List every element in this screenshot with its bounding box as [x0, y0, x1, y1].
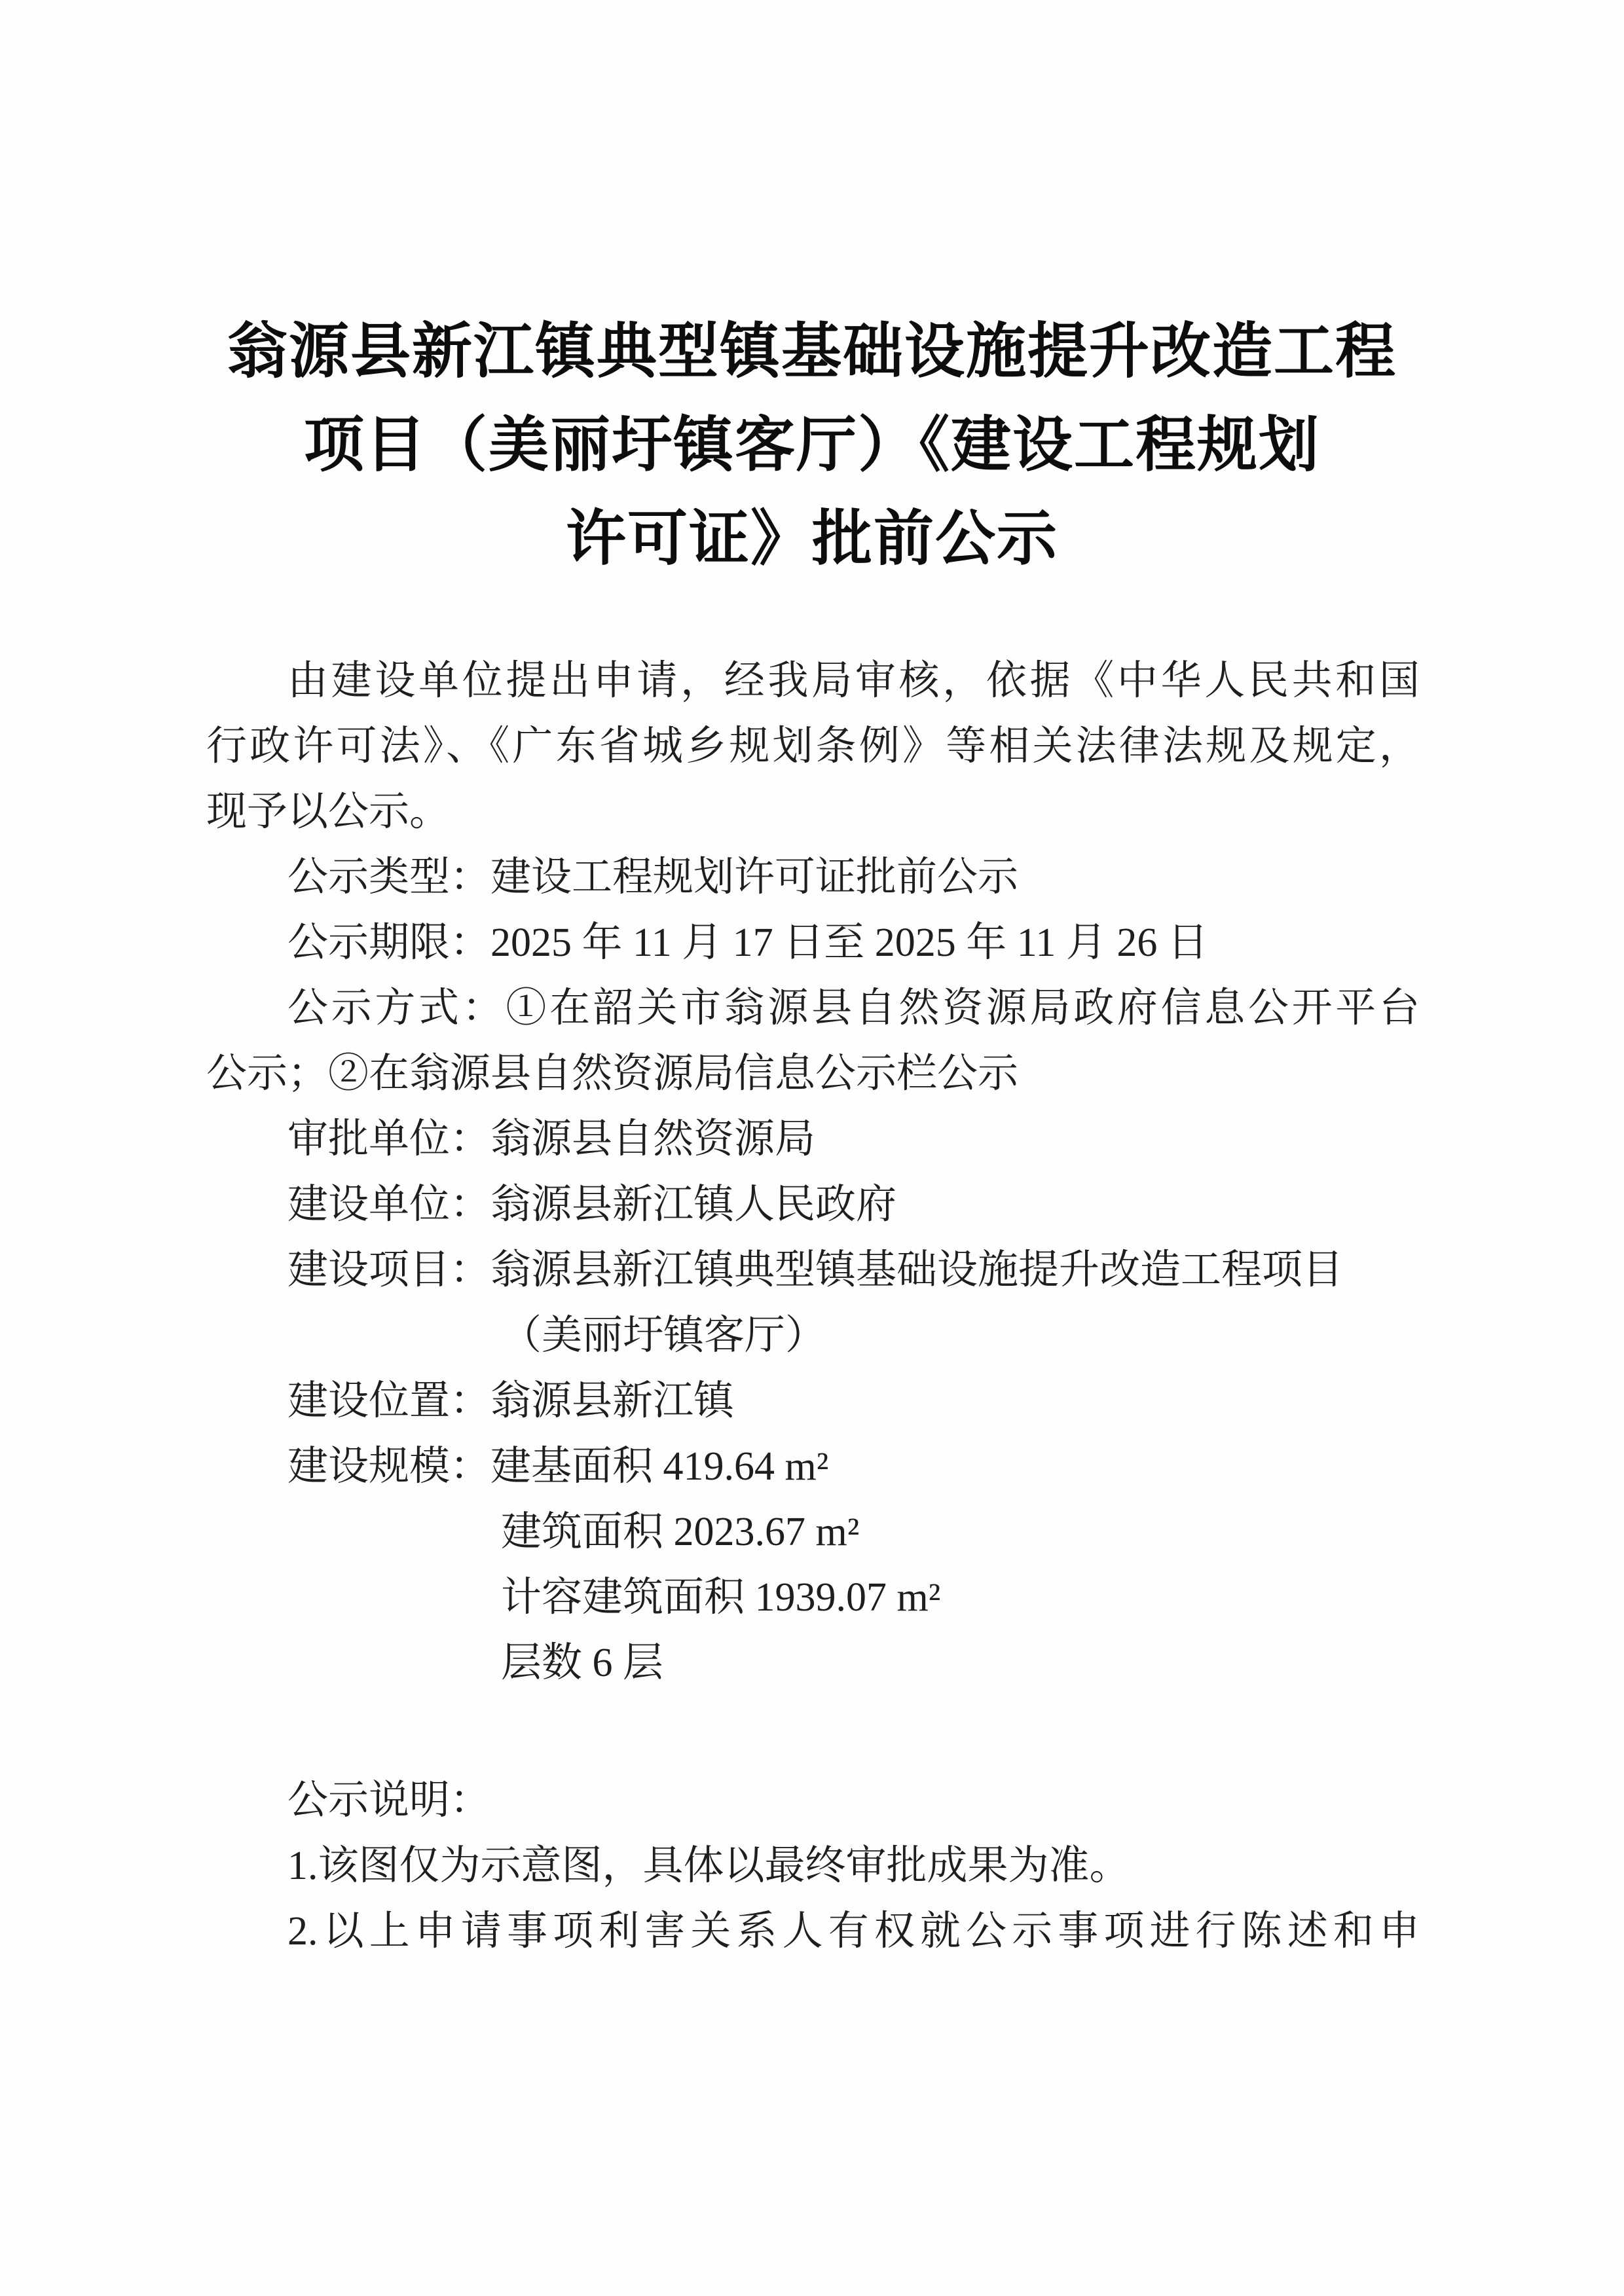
notes-item-1: 1.该图仅为示意图，具体以最终审批成果为准。: [206, 1833, 1420, 1899]
field-construction-project-line-1: 建设项目：翁源县新江镇典型镇基础设施提升改造工程项目: [206, 1237, 1420, 1303]
field-label-notice-type: 公示类型：: [287, 855, 490, 900]
notes-heading: 公示说明：: [206, 1768, 1420, 1833]
field-approval-authority: 审批单位：翁源县自然资源局: [206, 1106, 1420, 1172]
field-construction-unit: 建设单位：翁源县新江镇人民政府: [206, 1172, 1420, 1237]
field-value-notice-type: 建设工程规划许可证批前公示: [490, 855, 1018, 900]
notes-item-2: 2.以上申请事项利害关系人有权就公示事项进行陈述和申: [206, 1899, 1420, 1964]
intro-line-3: 现予以公示。: [206, 779, 1420, 845]
field-notice-method-line-2: 公示；②在翁源县自然资源局信息公示栏公示: [206, 1041, 1420, 1106]
field-construction-location: 建设位置：翁源县新江镇: [206, 1368, 1420, 1434]
field-notice-method-line-1: 公示方式：①在韶关市翁源县自然资源局政府信息公开平台: [206, 975, 1420, 1041]
title-line-3: 许可证》批前公示: [105, 492, 1519, 586]
field-construction-scale-line-4: 层数 6 层: [501, 1630, 1420, 1696]
field-label-notice-period: 公示期限：: [287, 920, 490, 965]
notice-document-page: 翁源县新江镇典型镇基础设施提升改造工程 项目（美丽圩镇客厅）《建设工程规划 许可…: [0, 0, 1624, 2296]
field-value-notice-method-1: ①在韶关市翁源县自然资源局政府信息公开平台: [506, 986, 1420, 1030]
field-value-construction-scale-1: 建基面积 419.64 m²: [490, 1444, 828, 1489]
field-construction-scale-line-2: 建筑面积 2023.67 m²: [501, 1499, 1420, 1565]
field-notice-type: 公示类型：建设工程规划许可证批前公示: [206, 845, 1420, 910]
title-line-1: 翁源县新江镇典型镇基础设施提升改造工程: [105, 305, 1519, 399]
field-value-approval-authority: 翁源县自然资源局: [490, 1117, 815, 1161]
field-label-approval-authority: 审批单位：: [287, 1117, 490, 1161]
title-line-2: 项目（美丽圩镇客厅）《建设工程规划: [105, 399, 1519, 492]
field-label-construction-location: 建设位置：: [287, 1379, 490, 1423]
field-construction-scale-line-3: 计容建筑面积 1939.07 m²: [501, 1565, 1420, 1630]
field-value-construction-unit: 翁源县新江镇人民政府: [490, 1182, 896, 1227]
field-construction-scale-line-1: 建设规模：建基面积 419.64 m²: [206, 1434, 1420, 1499]
field-value-notice-period: 2025 年 11 月 17 日至 2025 年 11 月 26 日: [490, 920, 1208, 965]
intro-line-1: 由建设单位提出申请，经我局审核，依据《中华人民共和国: [206, 648, 1420, 714]
field-construction-project-line-2: （美丽圩镇客厅）: [501, 1303, 1420, 1368]
field-label-construction-unit: 建设单位：: [287, 1182, 490, 1227]
intro-line-2: 行政许可法》、《广东省城乡规划条例》等相关法律法规及规定，: [206, 714, 1420, 779]
field-label-construction-project: 建设项目：: [287, 1248, 490, 1292]
field-value-construction-location: 翁源县新江镇: [490, 1379, 734, 1423]
field-notice-period: 公示期限：2025 年 11 月 17 日至 2025 年 11 月 26 日: [206, 910, 1420, 975]
field-label-notice-method: 公示方式：: [287, 986, 506, 1030]
field-value-construction-project-1: 翁源县新江镇典型镇基础设施提升改造工程项目: [490, 1248, 1343, 1292]
document-body: 由建设单位提出申请，经我局审核，依据《中华人民共和国 行政许可法》、《广东省城乡…: [0, 648, 1624, 1964]
field-label-construction-scale: 建设规模：: [287, 1444, 490, 1489]
document-title: 翁源县新江镇典型镇基础设施提升改造工程 项目（美丽圩镇客厅）《建设工程规划 许可…: [105, 305, 1519, 586]
